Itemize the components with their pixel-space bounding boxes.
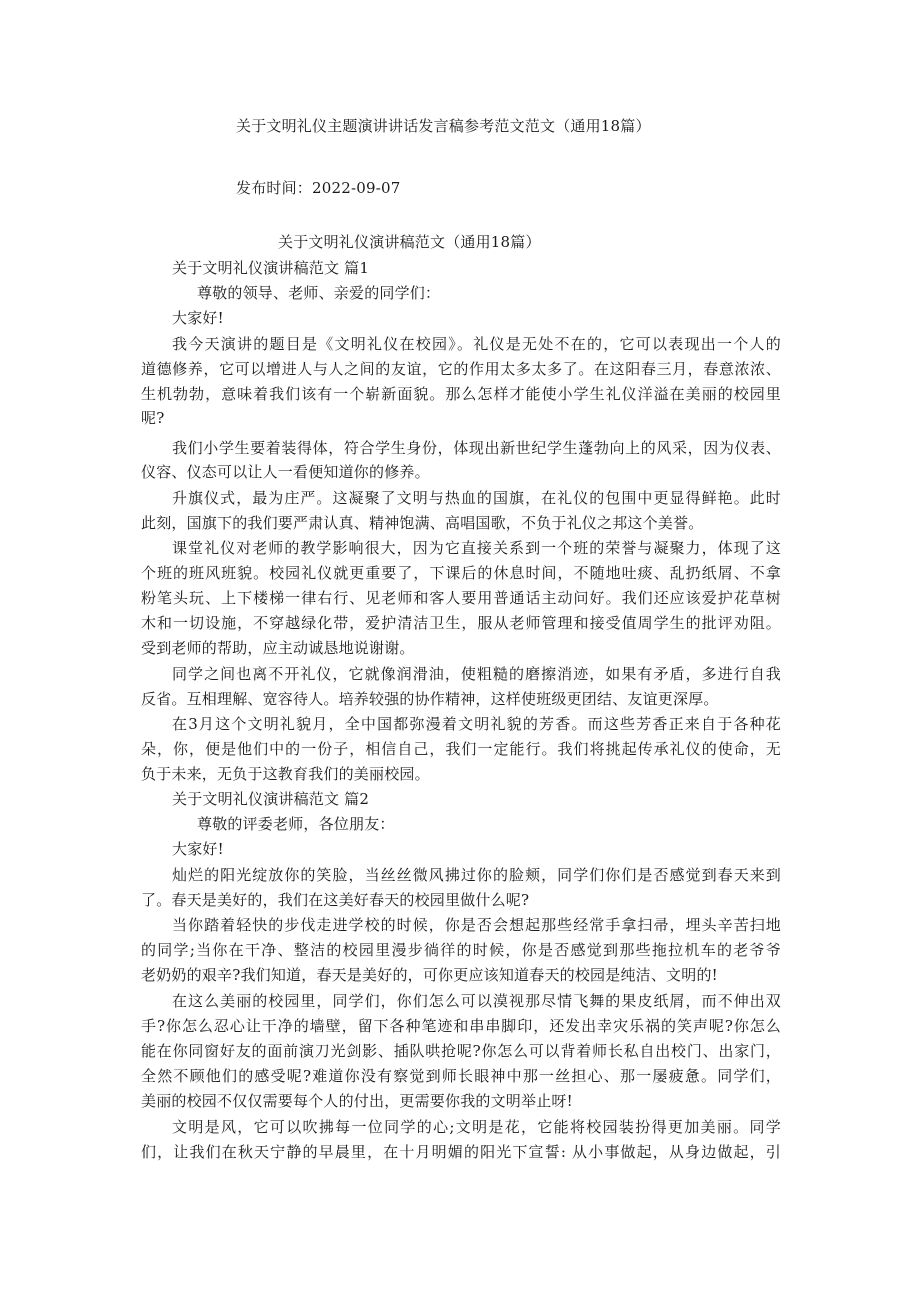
paragraph-line: 负于未来，无负于这教育我们的美丽校园。	[141, 764, 781, 784]
paragraph-line: 我们小学生要着装得体，符合学生身份，体现出新世纪学生蓬勃向上的风采，因为仪表、	[172, 438, 781, 458]
paragraph-line: 同学之间也离不开礼仪，它就像润滑油，使粗糙的磨擦消迹，如果有矛盾，多进行自我	[172, 664, 781, 684]
paragraph-line: 全然不顾他们的感受呢?难道你没有察觉到师长眼神中那一丝担心、那一屡疲惫。同学们，	[141, 1066, 781, 1086]
paragraph-line: 当你踏着轻快的步伐走进学校的时候，你是否会想起那些经常手拿扫帚，埋头辛苦扫地	[172, 915, 781, 935]
paragraph-line: 在3月这个文明礼貌月，全中国都弥漫着文明礼貌的芳香。而这些芳香正来自于各种花	[172, 714, 781, 734]
greeting: 大家好!	[172, 308, 224, 328]
paragraph-line: 文明是风，它可以吹拂每一位同学的心;文明是花，它能将校园装扮得更加美丽。同学	[172, 1117, 781, 1137]
paragraph-line: 能在你同窗好友的面前演刀光剑影、插队哄抢呢?你怎么可以背着师长私自出校门、出家门…	[141, 1041, 781, 1061]
greeting: 大家好!	[172, 839, 224, 859]
paragraph-line: 个班的班风班貌。校园礼仪就更重要了，下课后的休息时间，不随地吐痰、乱扔纸屑、不拿	[141, 563, 781, 583]
document-title: 关于文明礼仪主题演讲讲话发言稿参考范文范文（通用18篇）	[236, 116, 651, 136]
paragraph-line: 粉笔头玩、上下楼梯一律右行、见老师和客人要用普通话主动问好。我们还应该爱护花草树	[141, 588, 781, 608]
paragraph-line: 课堂礼仪对老师的教学影响很大，因为它直接关系到一个班的荣誉与凝聚力，体现了这	[172, 538, 781, 558]
salutation: 尊敬的评委老师，各位朋友：	[197, 814, 395, 834]
paragraph-line: 受到老师的帮助，应主动诚恳地说谢谢。	[141, 638, 781, 658]
paragraph-line: 灿烂的阳光绽放你的笑脸，当丝丝微风拂过你的脸颊，同学们你们是否感觉到春天来到	[172, 865, 781, 885]
section-heading: 关于文明礼仪演讲稿范文 篇2	[172, 789, 369, 809]
paragraph-line: 升旗仪式，最为庄严。这凝聚了文明与热血的国旗，在礼仪的包围中更显得鲜艳。此时	[172, 488, 781, 508]
publish-date: 2022-09-07	[312, 179, 400, 197]
salutation: 尊敬的领导、老师、亲爱的同学们：	[197, 283, 440, 303]
paragraph-line: 老奶奶的艰辛?我们知道，春天是美好的，可你更应该知道春天的校园是纯洁、文明的!	[141, 965, 781, 985]
paragraph-line: 朵，你，便是他们中的一份子，相信自己，我们一定能行。我们将挑起传承礼仪的使命，无	[141, 739, 781, 759]
paragraph-line: 生机勃勃，意味着我们该有一个崭新面貌。那么怎样才能使小学生礼仪洋溢在美丽的校园里	[141, 384, 781, 404]
paragraph-line: 我今天演讲的题目是《文明礼仪在校园》。礼仪是无处不在的，它可以表现出一个人的	[172, 334, 781, 354]
publish-label: 发布时间：	[236, 179, 312, 197]
paragraph-line: 呢?	[141, 408, 781, 428]
section-heading: 关于文明礼仪演讲稿范文 篇1	[172, 258, 369, 278]
paragraph-line: 手?你怎么忍心让干净的墙壁，留下各种笔迹和串串脚印，还发出幸灾乐祸的笑声呢?你怎…	[141, 1016, 781, 1036]
document-page: 关于文明礼仪主题演讲讲话发言稿参考范文范文（通用18篇） 发布时间：2022-0…	[0, 0, 920, 1302]
paragraph-line: 木和一切设施，不穿越绿化带，爱护清洁卫生，服从老师管理和接受值周学生的批评劝阻。	[141, 613, 781, 633]
paragraph-line: 了。春天是美好的，我们在这美好春天的校园里做什么呢?	[141, 890, 781, 910]
paragraph-line: 们，让我们在秋天宁静的早晨里，在十月明媚的阳光下宣誓: 从小事做起，从身边做起，…	[141, 1142, 781, 1162]
publish-date-line: 发布时间：2022-09-07	[236, 178, 401, 198]
paragraph-line: 美丽的校园不仅仅需要每个人的付出，更需要你我的文明举止呀!	[141, 1091, 781, 1111]
paragraph-line: 反省。互相理解、宽容待人。培养较强的协作精神，这样使班级更团结、友谊更深厚。	[141, 689, 781, 709]
paragraph-line: 道德修养，它可以增进人与人之间的友谊，它的作用太多太多了。在这阳春三月，春意浓浓…	[141, 359, 781, 379]
paragraph-line: 此刻，国旗下的我们要严肃认真、精神饱满、高唱国歌，不负于礼仪之邦这个美誉。	[141, 513, 781, 533]
paragraph-line: 仪容、仪态可以让人一看便知道你的修养。	[141, 462, 781, 482]
paragraph-line: 的同学;当你在干净、整洁的校园里漫步徜徉的时候，你是否感觉到那些拖拉机车的老爷爷	[141, 940, 781, 960]
paragraph-line: 在这么美丽的校园里，同学们，你们怎么可以漠视那尽情飞舞的果皮纸屑，而不伸出双	[172, 991, 781, 1011]
document-subtitle: 关于文明礼仪演讲稿范文（通用18篇）	[278, 232, 541, 252]
